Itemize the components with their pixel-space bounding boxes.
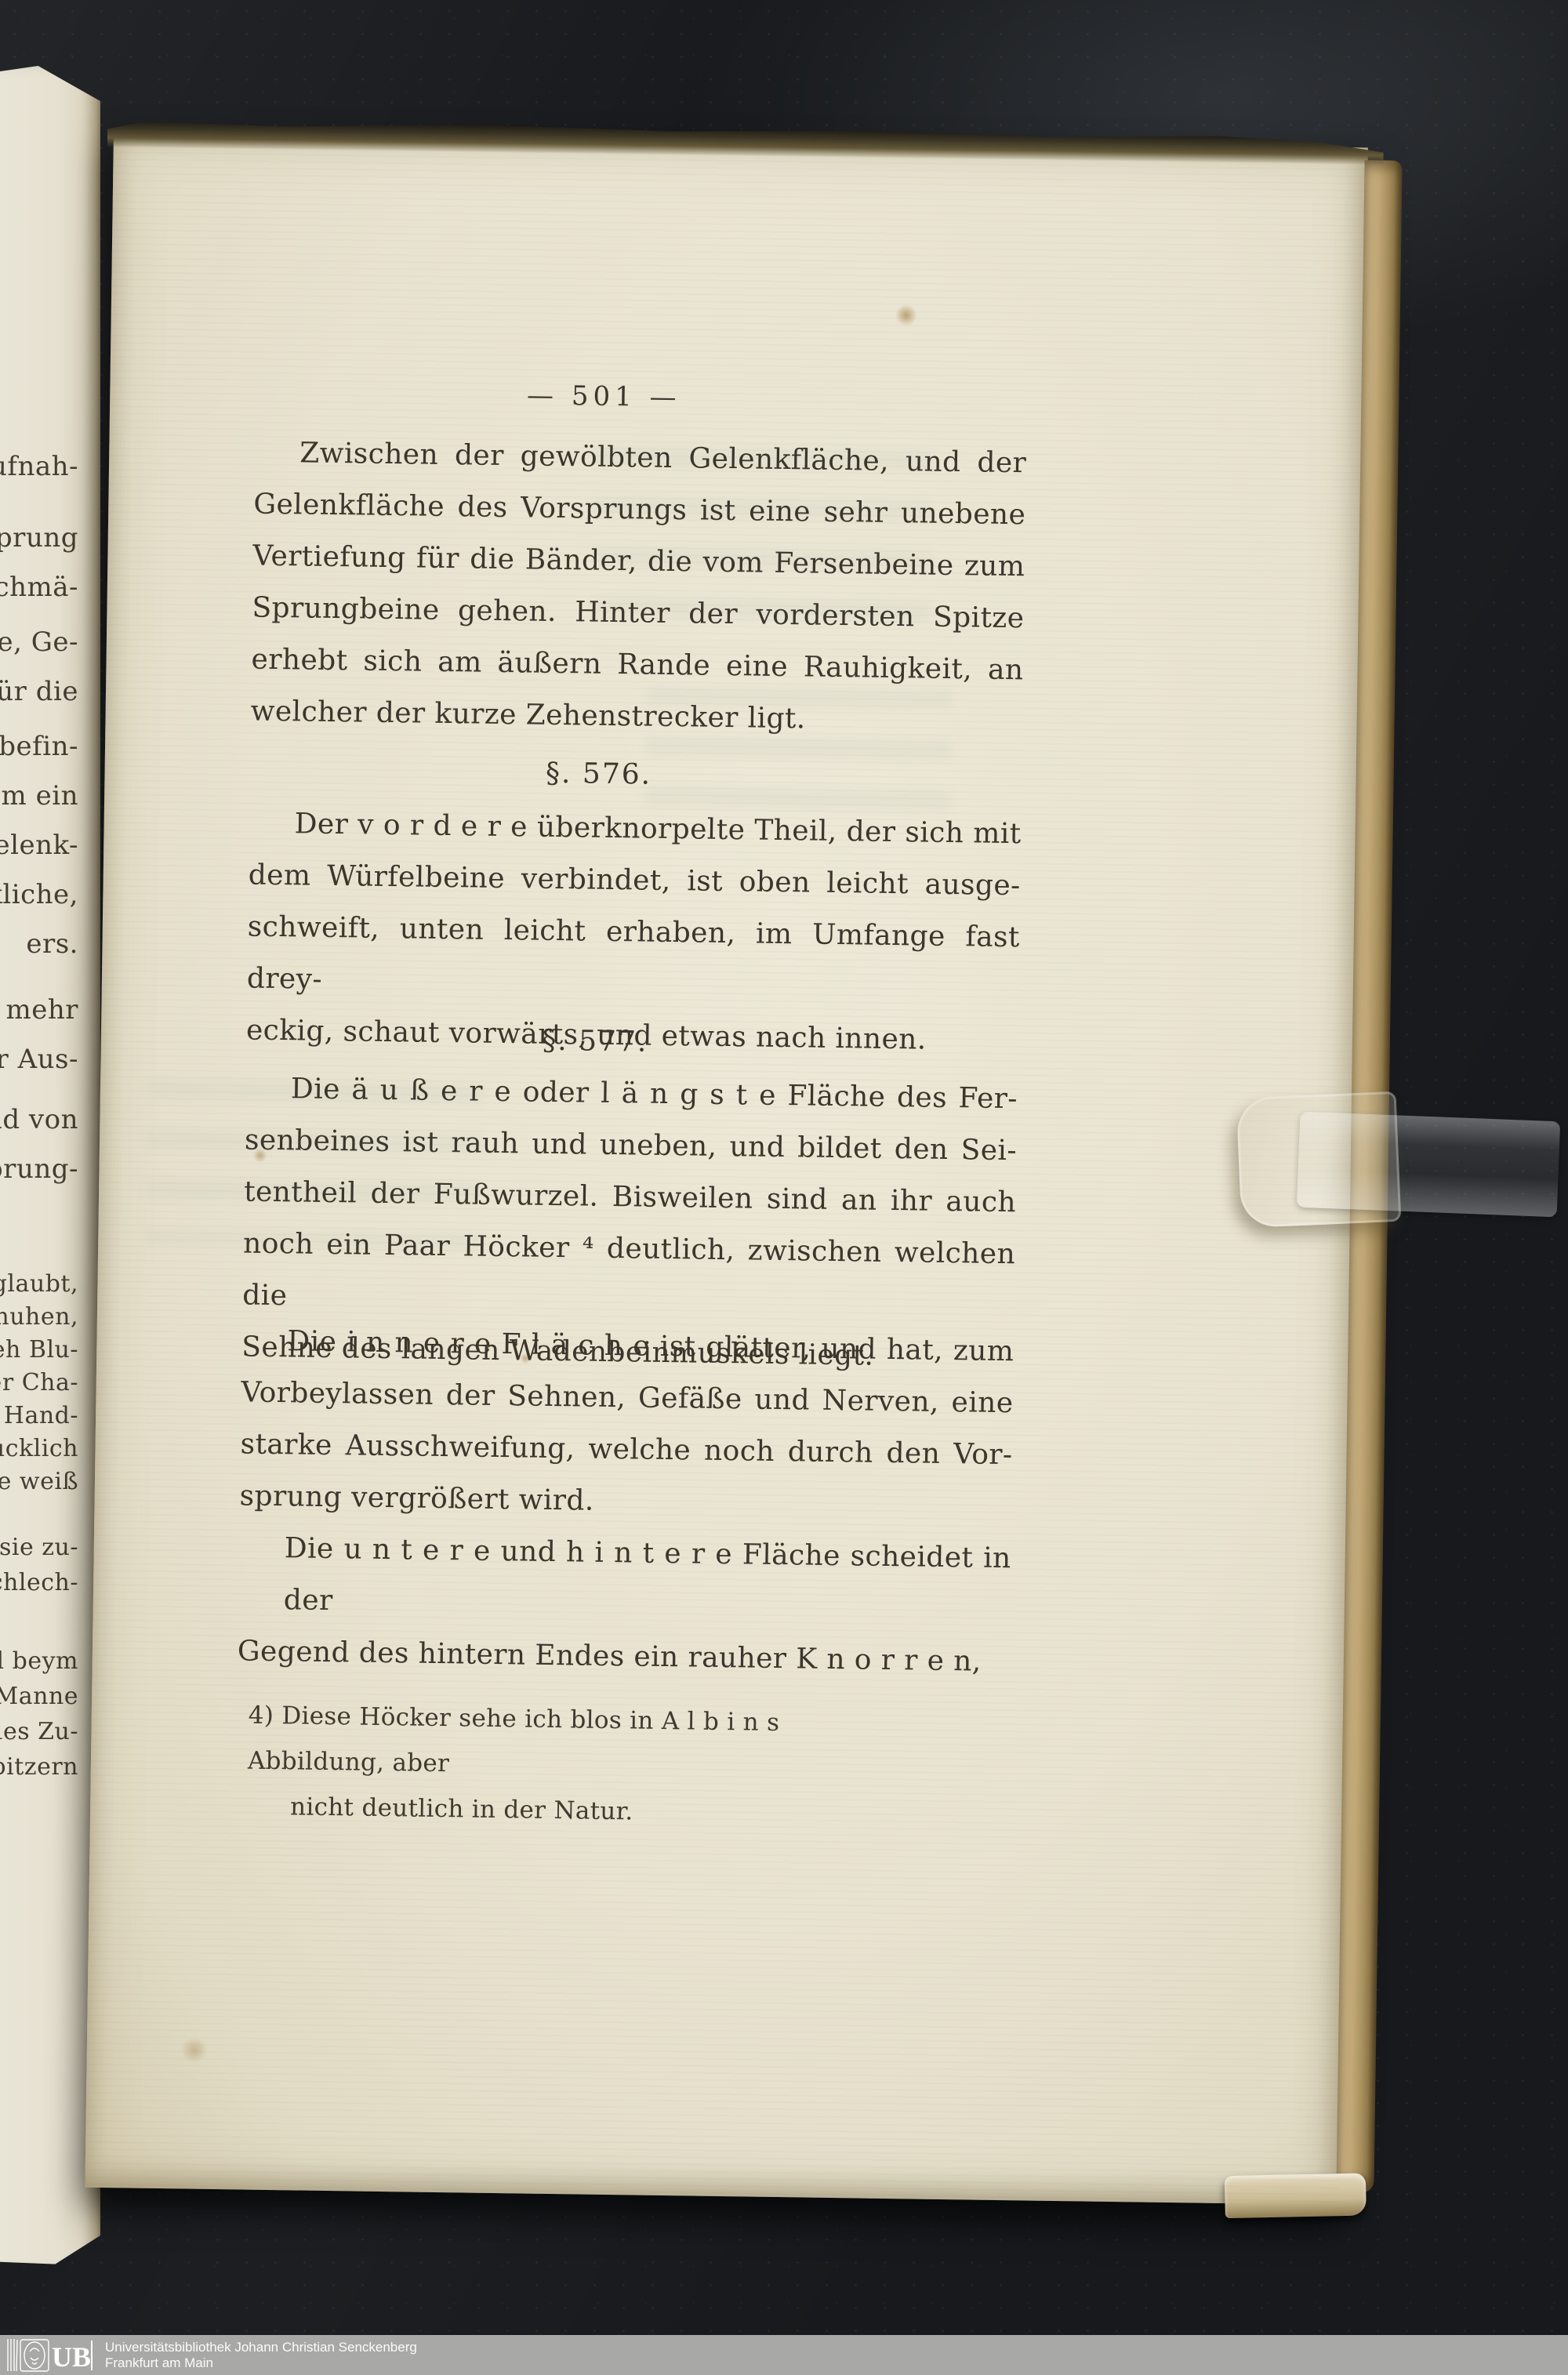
library-footer-bar: UB Universitätsbibliothek Johann Christi… (0, 2335, 1568, 2375)
margin-fragment: des Zu- (0, 1718, 78, 1745)
margin-fragment: merkliche, (0, 879, 78, 910)
margin-fragment: ur Aufnah- (0, 451, 78, 482)
margin-fragment: ald von (0, 1104, 78, 1135)
text-line: Gegend des hintern Endes ein rauher K n … (237, 1625, 1010, 1688)
ub-logo-text: UB (52, 2341, 91, 2373)
margin-fragment: er Hand- (0, 1402, 78, 1429)
library-location: Frankfurt am Main (105, 2355, 417, 2371)
foxing-spot (895, 304, 917, 326)
margin-fragment: sdrücklich (0, 1435, 78, 1462)
margin-fragment: er Gelenk- (0, 830, 78, 861)
margin-fragment: eh Blu- (0, 1336, 78, 1364)
book-page: — 501 — Zwischen der gewölbten Gelenkflä… (85, 130, 1367, 2205)
section-heading-576: §. 576. (249, 746, 948, 803)
page-number: — 501 — (255, 372, 953, 421)
section-heading-577: §. 577. (245, 1013, 944, 1069)
foxing-spot (181, 2036, 208, 2063)
footnote-line: 4) Diese Höcker sehe ich blos in A l b i… (248, 1693, 924, 1793)
text-line: schweift, unten leicht erhaben, im Umfan… (246, 901, 1020, 1015)
margin-fragment: eschlech- (0, 1569, 78, 1596)
margin-fragment: sich befin- (0, 731, 78, 762)
text-line: welcher der kurze Zehenstrecker ligt. (250, 686, 1023, 749)
margin-fragment: n sie zu- (0, 1534, 78, 1561)
paragraph: Die i n n e r e F l ä c h e ist glätter,… (239, 1315, 1014, 1533)
previous-page-edge: ur Aufnah- orsprung te, schmä- eifte, Ge… (0, 66, 100, 2271)
text-line: Die u n t e r e und h i n t e r e Fläche… (238, 1522, 1011, 1636)
footnote-line: nicht deutlich in der Natur. (247, 1784, 922, 1839)
margin-fragment: n Manne (0, 1683, 78, 1710)
page-holder-clip (1236, 1091, 1402, 1228)
margin-fragment: eifte, Ge- (0, 626, 78, 658)
margin-fragment: ers. (26, 928, 78, 960)
tarnished-top-edge (107, 118, 1384, 165)
margin-fragment: prung- (0, 1153, 78, 1185)
footnote: 4) Diese Höcker sehe ich blos in A l b i… (247, 1693, 923, 1839)
margin-fragment: Schuhen, (0, 1303, 78, 1331)
margin-fragment: n spitzern (0, 1753, 78, 1781)
margin-fragment: orsprung (0, 522, 78, 554)
crumpled-corner (1225, 2173, 1367, 2218)
text-line: noch ein Paar Höcker ⁴ deutlich, zwische… (242, 1218, 1016, 1332)
ub-library-logo-icon: UB (6, 2337, 94, 2373)
margin-fragment: r glaubt, (0, 1270, 78, 1298)
margin-fragment: icher Cha- (0, 1369, 78, 1396)
paragraph: Zwischen der gewölbten Gelenkfläche, und… (250, 427, 1026, 749)
margin-fragment: eil beym (0, 1647, 78, 1675)
margin-fragment: och mehr (0, 994, 78, 1026)
library-name: Universitätsbibliothek Johann Christian … (105, 2340, 417, 2355)
paragraph: Die u n t e r e und h i n t e r e Fläche… (237, 1522, 1011, 1688)
margin-fragment: r Aus- (0, 1044, 78, 1075)
margin-fragment: te, schmä- (0, 572, 78, 603)
scanned-book-photo: { "document": { "page_number": "— 501 —"… (0, 0, 1568, 2375)
margin-fragment: lle weiß (0, 1468, 78, 1495)
margin-fragment: elchem ein (0, 780, 78, 812)
margin-fragment: e für die (0, 676, 78, 707)
